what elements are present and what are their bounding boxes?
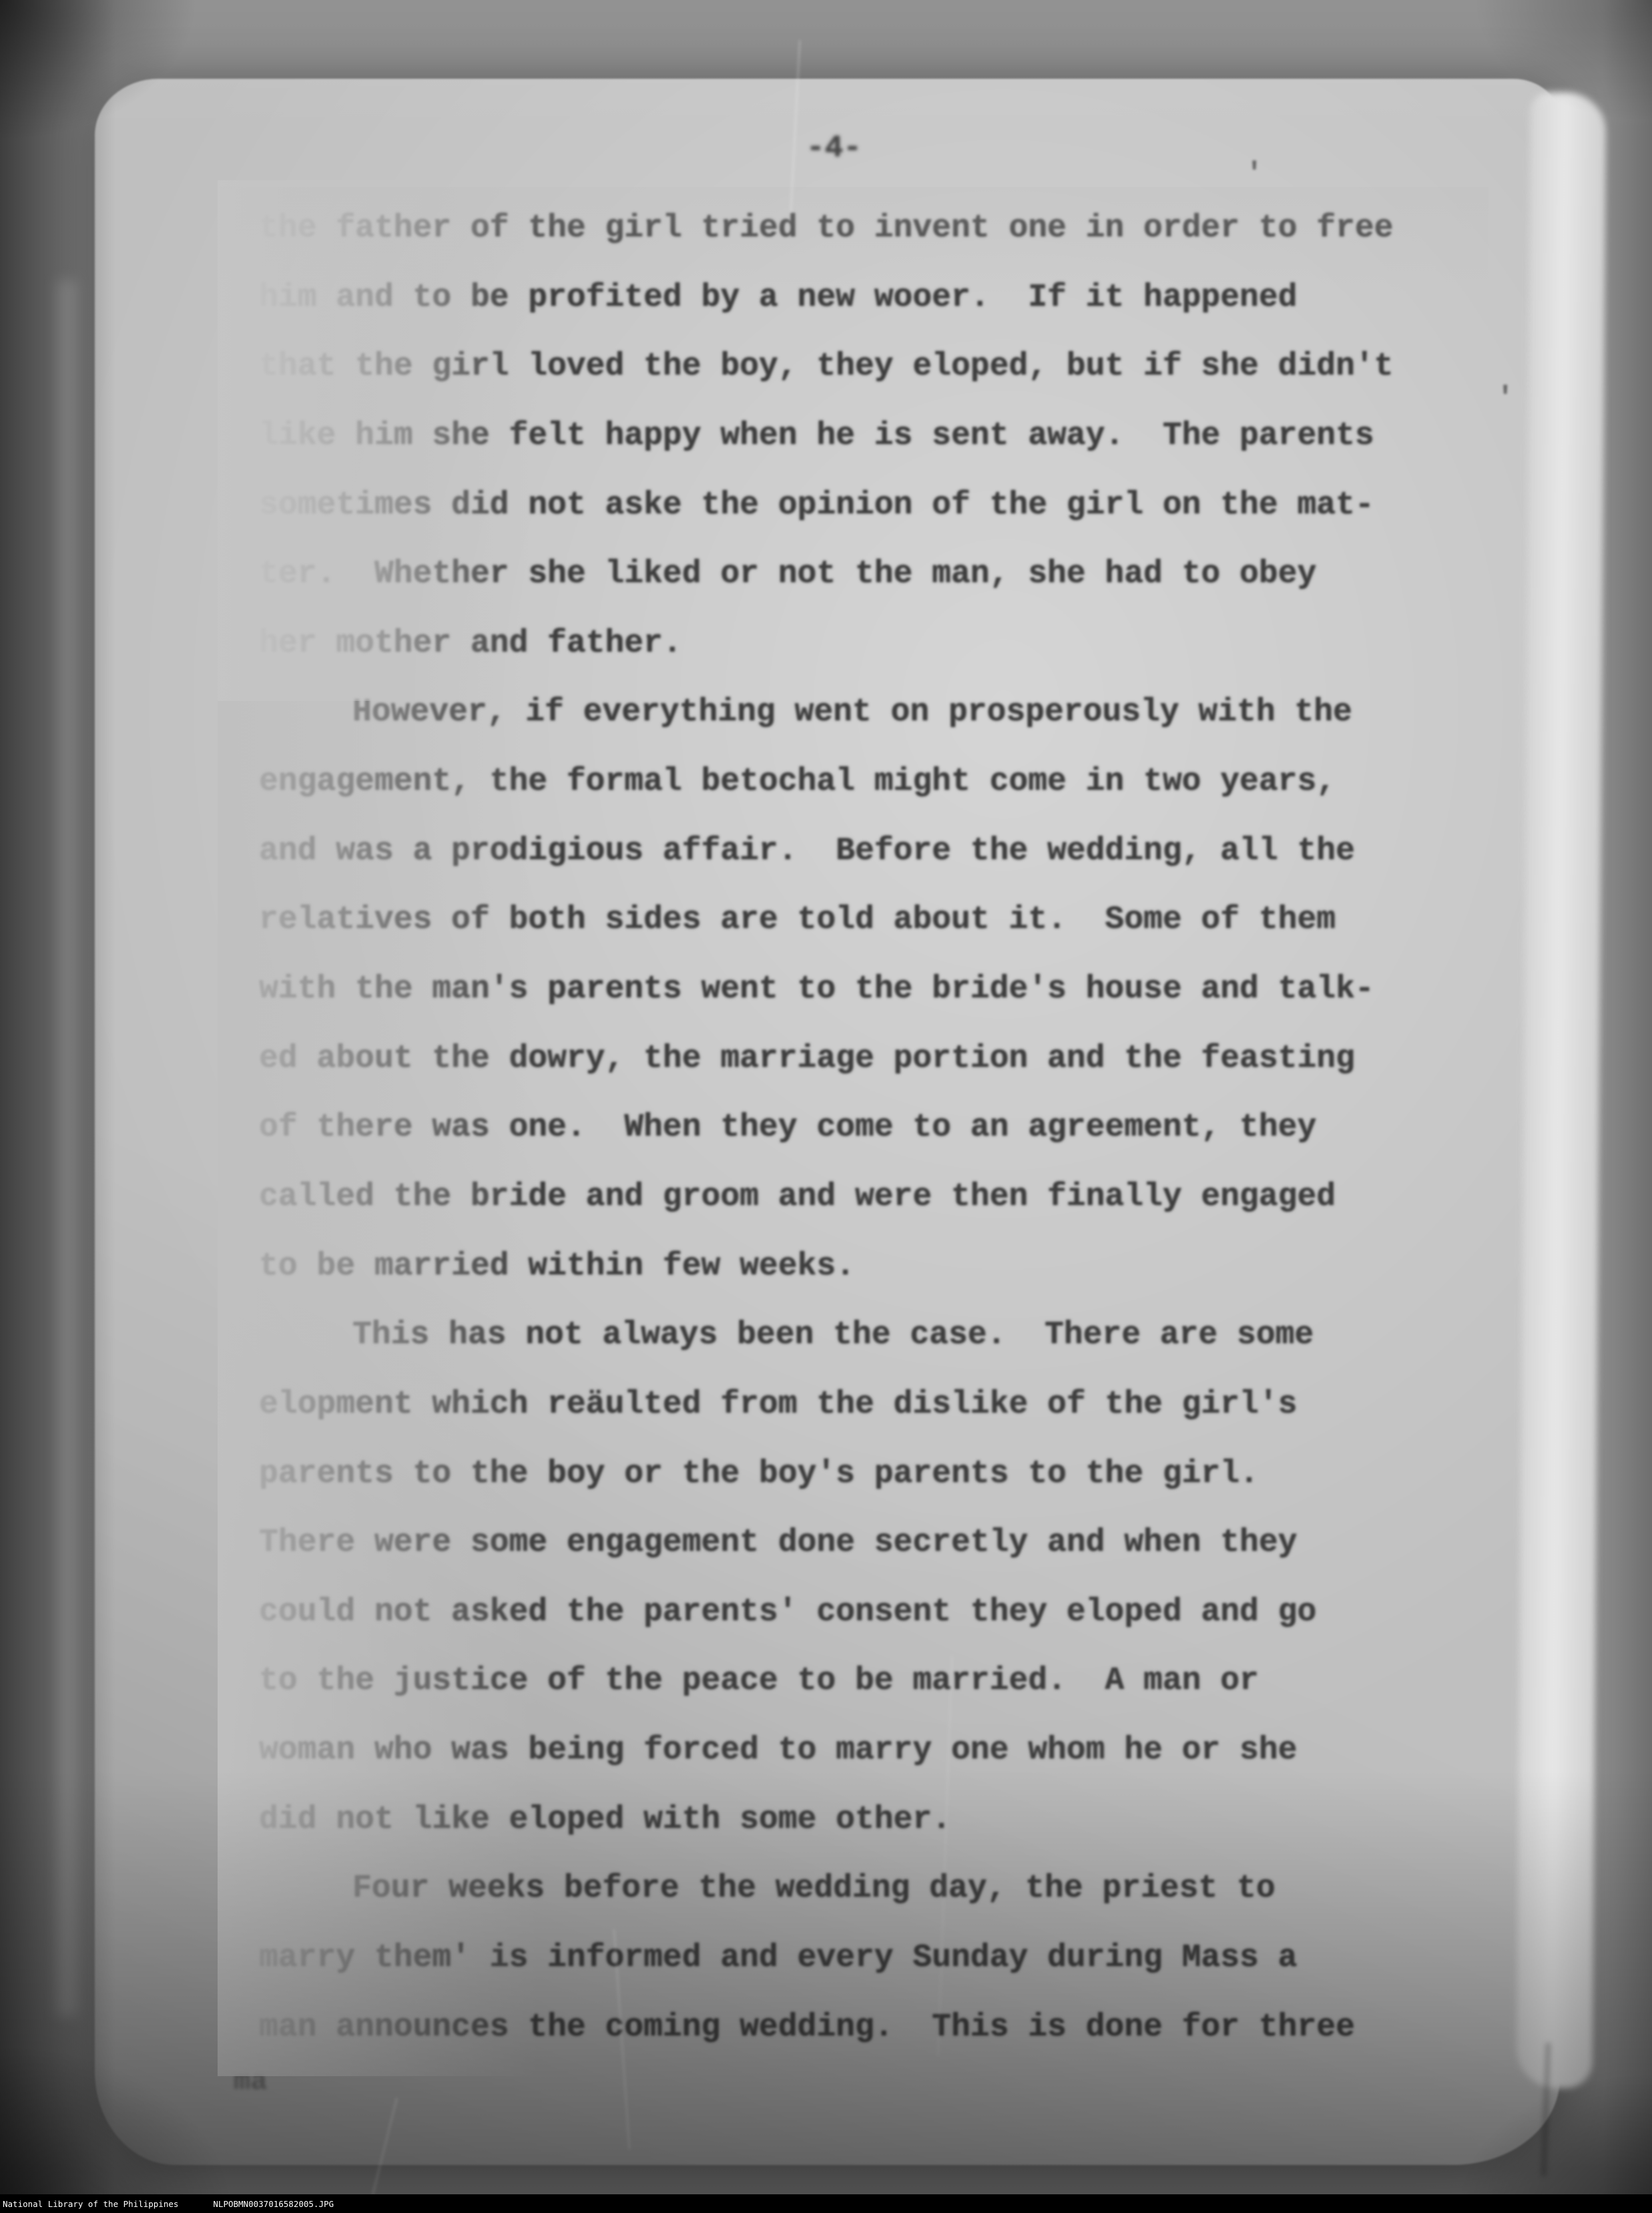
typewritten-line: marry them' is informed and every Sunday… — [259, 1941, 1460, 2011]
typewritten-line: with the man's parents went to the bride… — [259, 973, 1460, 1042]
typewritten-line: to the justice of the peace to be marrie… — [259, 1664, 1460, 1734]
partial-text-fragment: ma — [234, 2065, 267, 2098]
typewritten-line: relatives of both sides are told about i… — [259, 903, 1460, 973]
page-number: -4- — [806, 131, 862, 166]
typewritten-line: of there was one. When they come to an a… — [259, 1111, 1460, 1180]
typewritten-line: Four weeks before the wedding day, the p… — [259, 1872, 1460, 1941]
typewritten-line: to be married within few weeks. — [259, 1250, 1460, 1319]
typewritten-line: did not like eloped with some other. — [259, 1803, 1460, 1873]
scanned-page-photo: -4- the father of the girl tried to inve… — [0, 0, 1652, 2213]
stray-ink-mark: ' — [1246, 158, 1263, 191]
typewritten-line: the father of the girl tried to invent o… — [259, 212, 1460, 281]
typewritten-line: ter. Whether she liked or not the man, s… — [259, 557, 1460, 627]
typewritten-line: ed about the dowry, the marriage portion… — [259, 1042, 1460, 1112]
typewritten-text-block: the father of the girl tried to invent o… — [259, 212, 1460, 2079]
stray-ink-mark: ' — [1496, 382, 1514, 415]
typewritten-line: However, if everything went on prosperou… — [259, 696, 1460, 765]
spine-highlight — [56, 280, 76, 2016]
typewritten-line: called the bride and groom and were then… — [259, 1180, 1460, 1250]
book-edge-highlight — [1517, 92, 1607, 2089]
library-name: National Library of the Philippines — [3, 2199, 178, 2209]
watermark-bar: National Library of the Philippines NLPO… — [0, 2194, 1652, 2213]
typewritten-line: elopment which reäulted from the dislike… — [259, 1388, 1460, 1457]
typewritten-line: engagement, the formal betochal might co… — [259, 765, 1460, 834]
typewritten-line: There were some engagement done secretly… — [259, 1526, 1460, 1595]
typewritten-line: him and to be profited by a new wooer. I… — [259, 281, 1460, 350]
typewritten-line: parents to the boy or the boy's parents … — [259, 1457, 1460, 1527]
typewritten-line: like him she felt happy when he is sent … — [259, 419, 1460, 489]
typewritten-line: sometimes did not aske the opinion of th… — [259, 489, 1460, 558]
typewritten-line: This has not always been the case. There… — [259, 1318, 1460, 1388]
image-filename: NLPOBMN0037016582005.JPG — [213, 2199, 334, 2209]
typewritten-line: and was a prodigious affair. Before the … — [259, 834, 1460, 904]
typewritten-line: could not asked the parents' consent the… — [259, 1595, 1460, 1665]
typewritten-line: that the girl loved the boy, they eloped… — [259, 350, 1460, 419]
typewritten-line: man announces the coming wedding. This i… — [259, 2011, 1460, 2080]
typewritten-line: woman who was being forced to marry one … — [259, 1734, 1460, 1803]
typewritten-line: her mother and father. — [259, 627, 1460, 696]
